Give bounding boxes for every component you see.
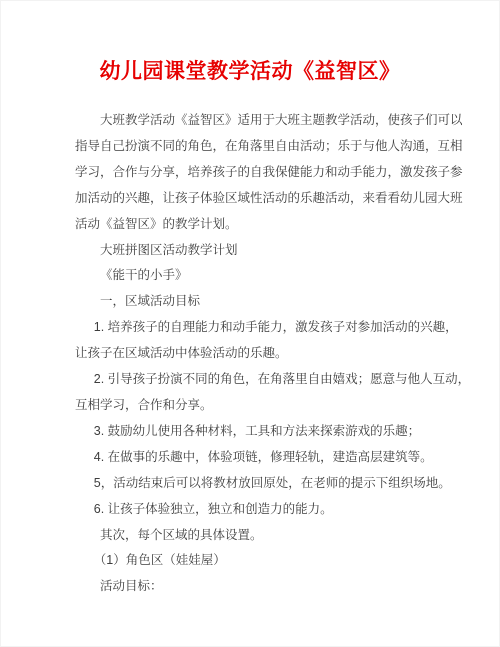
text-line: 互相学习，合作和分享。 [75,393,463,419]
text-line: （1）角色区（娃娃屋） [75,548,463,574]
text-line: 2. 引导孩子扮演不同的角色，在角落里自由嬉戏；愿意与他人互动， [75,367,463,393]
text-line: 指导自己扮演不同的角色，在角落里自由活动；乐于与他人沟通，互相 [75,134,463,160]
text-line: 活动《益智区》的教学计划。 [75,212,463,238]
text-line: 《能干的小手》 [75,263,463,289]
text-line: 活动目标： [75,574,463,600]
document-page: 幼儿园课堂教学活动《益智区》 大班教学活动《益智区》适用于大班主题教学活动，使孩… [0,0,500,647]
text-line: 一，区域活动目标 [75,289,463,315]
document-content: 幼儿园课堂教学活动《益智区》 大班教学活动《益智区》适用于大班主题教学活动，使孩… [1,1,499,600]
document-body: 大班教学活动《益智区》适用于大班主题教学活动，使孩子们可以指导自己扮演不同的角色… [75,108,463,600]
text-line: 其次，每个区域的具体设置。 [75,523,463,549]
text-line: 学习，合作与分享，培养孩子的自我保健能力和动手能力，激发孩子参 [75,160,463,186]
document-title: 幼儿园课堂教学活动《益智区》 [37,56,463,88]
text-line: 大班拼图区活动教学计划 [75,238,463,264]
text-line: 3. 鼓励幼儿使用各种材料，工具和方法来探索游戏的乐趣； [75,419,463,445]
text-line: 1. 培养孩子的自理能力和动手能力，激发孩子对参加活动的兴趣， [75,315,463,341]
text-line: 6. 让孩子体验独立，独立和创造力的能力。 [75,497,463,523]
text-line: 4. 在做事的乐趣中，体验项链，修理轻轨，建造高层建筑等。 [75,445,463,471]
text-line: 大班教学活动《益智区》适用于大班主题教学活动，使孩子们可以 [75,108,463,134]
text-line: 5，活动结束后可以将教材放回原处，在老师的提示下组织场地。 [75,471,463,497]
text-line: 加活动的兴趣，让孩子体验区域性活动的乐趣活动，来看看幼儿园大班 [75,186,463,212]
text-line: 让孩子在区域活动中体验活动的乐趣。 [75,341,463,367]
